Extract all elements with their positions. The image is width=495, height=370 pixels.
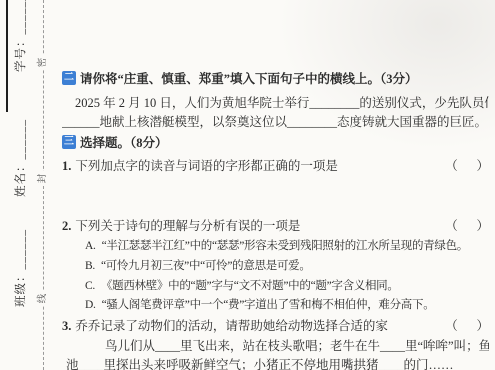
student-name-label: 姓名：______ bbox=[12, 103, 28, 213]
q1-stem: 1.下列加点字的读音与词语的字形都正确的一项是 bbox=[62, 157, 338, 175]
q3-line-2: 池____里探出头来呼吸新鲜空气；小猪正不停地用嘴拱猪____的门…… bbox=[66, 356, 489, 370]
answer-blank: （ ） bbox=[445, 157, 489, 175]
q1-options-row-ab: A.骚客（sāo）叶柄（bǐn）边缘B.搁置（zhì）蜗牛（wā）芦山 bbox=[85, 176, 489, 194]
option-text: 《题西林壁》中的“题”字与“文不对题”中的“题”字含义相同。 bbox=[101, 280, 399, 292]
section-two-icon: 二 bbox=[62, 71, 76, 85]
option-label: C. bbox=[85, 280, 95, 292]
fill-line-1: 2025 年 2 月 10 日，人们为黄旭华院士举行________的送别仪式，… bbox=[75, 94, 489, 112]
answer-blank: （ ） bbox=[445, 317, 489, 335]
exam-paper: { "colors": { "accent_blue": "#3d7fd4", … bbox=[0, 0, 495, 370]
seal-char-mi: 密 bbox=[36, 55, 51, 70]
option-label: D. bbox=[85, 299, 96, 311]
question-number: 2. bbox=[62, 219, 71, 233]
question-number: 3. bbox=[62, 319, 71, 333]
section-three-title: 选择题。（8分） bbox=[80, 134, 489, 152]
pinyin-line-3: 2.比赛前夕，正是 jiào jìn（ ）的时候。中国健儿秉持不 fú shū（… bbox=[62, 29, 489, 47]
pinyin-line-4: jūn（ ）zhuān zhù（ ）于训练，誓要捍卫北京冬奥会的荣誉。 bbox=[75, 52, 489, 70]
q2-option-c: C.《题西林壁》中的“题”字与“文不对题”中的“题”字含义相同。 bbox=[85, 277, 489, 295]
q2-option-d: D.“骚人阁笔费评章”中一个“费”字道出了雪和梅不相伯仲，难分高下。 bbox=[85, 296, 489, 314]
option-label: B. bbox=[85, 260, 95, 272]
q2-option-a: A.“半江瑟瑟半江红”中的“瑟瑟”形容未受到残阳照射的江水所呈现的青绿色。 bbox=[85, 237, 489, 255]
seal-char-feng: 封 bbox=[36, 171, 51, 186]
seal-line: 密 封 线 bbox=[43, 0, 44, 370]
q3-stem: 3.乔乔记录了动物们的活动，请帮助她给动物选择合适的家 bbox=[62, 317, 388, 335]
q3-line-1: 鸟儿们从____里飞出来，站在枝头歌唱；老牛在牛____里“哞哞”叫；鱼儿们从 bbox=[105, 337, 489, 355]
option-text: “半江瑟瑟半江红”中的“瑟瑟”形容未受到残阳照射的江水所呈现的青绿色。 bbox=[102, 240, 468, 252]
option-text: “可怜九月初三夜”中“可怜”的意思是可爱。 bbox=[101, 260, 311, 272]
page-fold-line bbox=[6, 0, 8, 112]
q1-options-row-cd: C.发掘（jué）倾心（qǐng）测面D.弯曲（qū）隐藏（yǐn）空隙 bbox=[85, 195, 489, 213]
student-class-label: 班级：______ bbox=[12, 213, 28, 323]
page-background: 密 封 线 学号：______ 姓名：______ 班级：______ 1.为确… bbox=[0, 0, 495, 370]
stem-text: 下列关于诗句的理解与分析有误的一项是 bbox=[75, 219, 300, 233]
section-two-title: 请你将“庄重、慎重、郑重”填入下面句子中的横线上。（3分） bbox=[80, 70, 489, 88]
seal-char-xian: 线 bbox=[36, 291, 51, 306]
option-label: A. bbox=[85, 240, 96, 252]
option-text: “骚人阁笔费评章”中一个“费”字道出了雪和梅不相伯仲，难分高下。 bbox=[102, 299, 435, 311]
student-id-label: 学号：______ bbox=[12, 0, 28, 88]
stem-text: 下列加点字的读音与词语的字形都正确的一项是 bbox=[75, 159, 338, 173]
q2-stem-row: 2.下列关于诗句的理解与分析有误的一项是 （ ） bbox=[62, 217, 489, 235]
section-three-icon: 三 bbox=[62, 135, 76, 149]
q3-stem-row: 3.乔乔记录了动物们的活动，请帮助她给动物选择合适的家 （ ） bbox=[62, 317, 489, 335]
q2-stem: 2.下列关于诗句的理解与分析有误的一项是 bbox=[62, 217, 300, 235]
stem-text: 乔乔记录了动物们的活动，请帮助她给动物选择合适的家 bbox=[75, 319, 388, 333]
pinyin-line-1: 1.为确保 wēn gù（ ）安全，北京奥运村 xuǎn zhǐ（ ）谨 shè… bbox=[62, 0, 489, 10]
q1-stem-row: 1.下列加点字的读音与词语的字形都正确的一项是 （ ） bbox=[62, 157, 489, 175]
question-number: 1. bbox=[62, 159, 71, 173]
pinyin-line-2: 造了六座新的 zhù zhái（ ）楼，miǎn fèi（ ）提供给各国运动员。 bbox=[75, 11, 489, 29]
fill-line-2: ______地献上核潜艇模型，以祭奠这位以________态度铸就大国重器的巨匠… bbox=[62, 113, 489, 131]
q2-option-b: B.“可怜九月初三夜”中“可怜”的意思是可爱。 bbox=[85, 257, 489, 275]
answer-blank: （ ） bbox=[445, 217, 489, 235]
